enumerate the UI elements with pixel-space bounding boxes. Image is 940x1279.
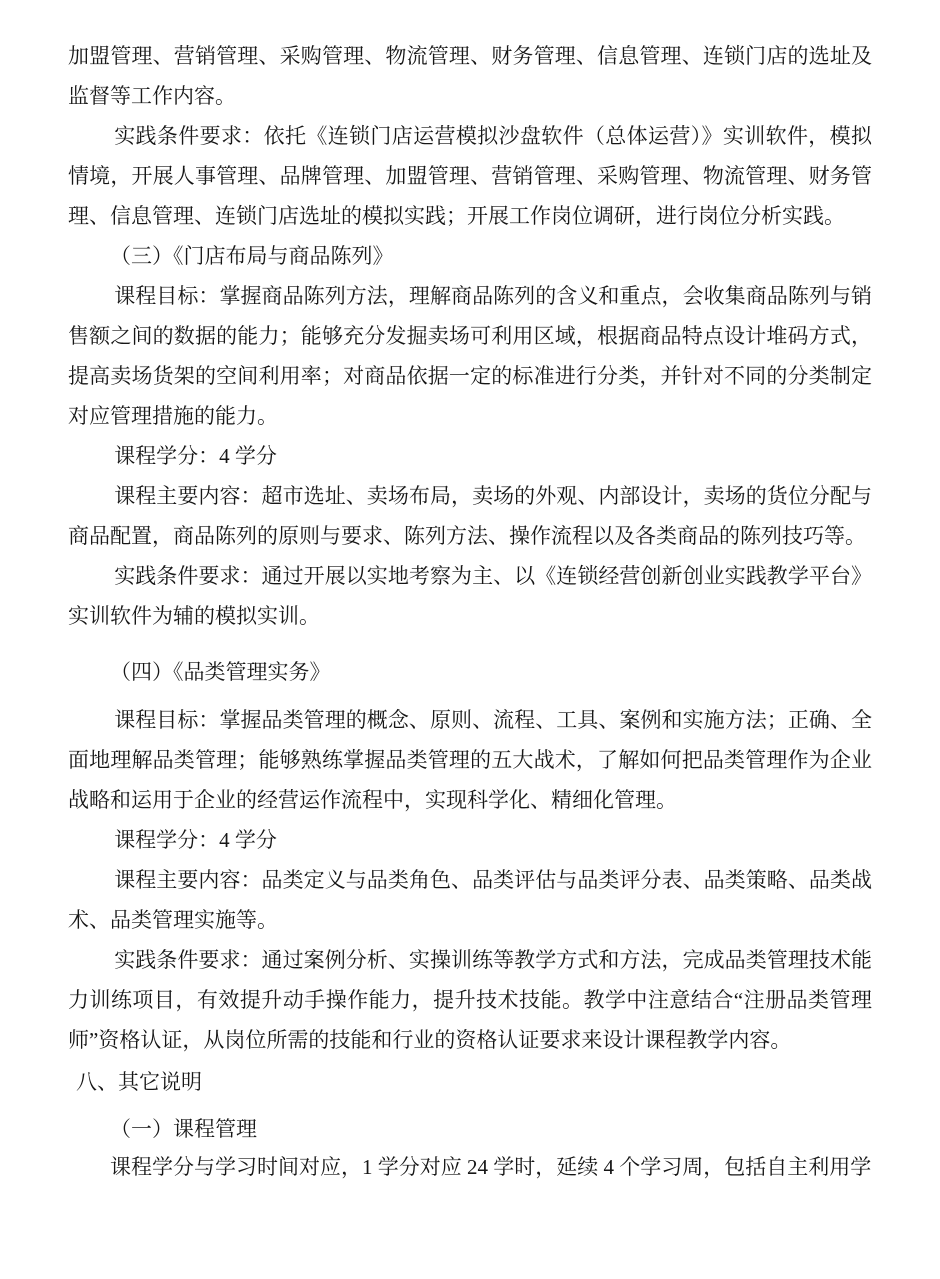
paragraph-course-objectives-display: 课程目标：掌握商品陈列方法，理解商品陈列的含义和重点，会收集商品陈列与销售额之间…: [68, 276, 872, 436]
paragraph-practice-requirements-category: 实践条件要求：通过案例分析、实操训练等教学方式和方法，完成品类管理技术能力训练项…: [68, 940, 872, 1060]
chapter-heading-other-notes: 八、其它说明: [68, 1060, 872, 1104]
section-heading-store-layout-display: （三）《门店布局与商品陈列》: [68, 236, 872, 276]
document-page: 加盟管理、营销管理、采购管理、物流管理、财务管理、信息管理、连锁门店的选址及监督…: [0, 0, 940, 1279]
paragraph-course-objectives-category: 课程目标：掌握品类管理的概念、原则、流程、工具、案例和实施方法；正确、全面地理解…: [68, 700, 872, 820]
paragraph-practice-requirements-display: 实践条件要求：通过开展以实地考察为主、以《连锁经营创新创业实践教学平台》实训软件…: [68, 556, 872, 636]
paragraph-course-credits-category: 课程学分：4 学分: [68, 820, 872, 860]
paragraph-course-main-content-category: 课程主要内容：品类定义与品类角色、品类评估与品类评分表、品类策略、品类战术、品类…: [68, 860, 872, 940]
paragraph-course-main-content-display: 课程主要内容：超市选址、卖场布局，卖场的外观、内部设计，卖场的货位分配与商品配置…: [68, 476, 872, 556]
section-heading-category-management: （四）《品类管理实务》: [68, 652, 872, 692]
sub-heading-course-management: （一）课程管理: [68, 1110, 872, 1148]
paragraph-credit-time-mapping: 课程学分与学习时间对应，1 学分对应 24 学时，延续 4 个学习周，包括自主利…: [68, 1148, 872, 1186]
paragraph-course-credits-display: 课程学分：4 学分: [68, 436, 872, 476]
paragraph-job-content-continuation: 加盟管理、营销管理、采购管理、物流管理、财务管理、信息管理、连锁门店的选址及监督…: [68, 36, 872, 116]
paragraph-practice-requirements-store-operation: 实践条件要求：依托《连锁门店运营模拟沙盘软件（总体运营）》实训软件，模拟情境，开…: [68, 116, 872, 236]
